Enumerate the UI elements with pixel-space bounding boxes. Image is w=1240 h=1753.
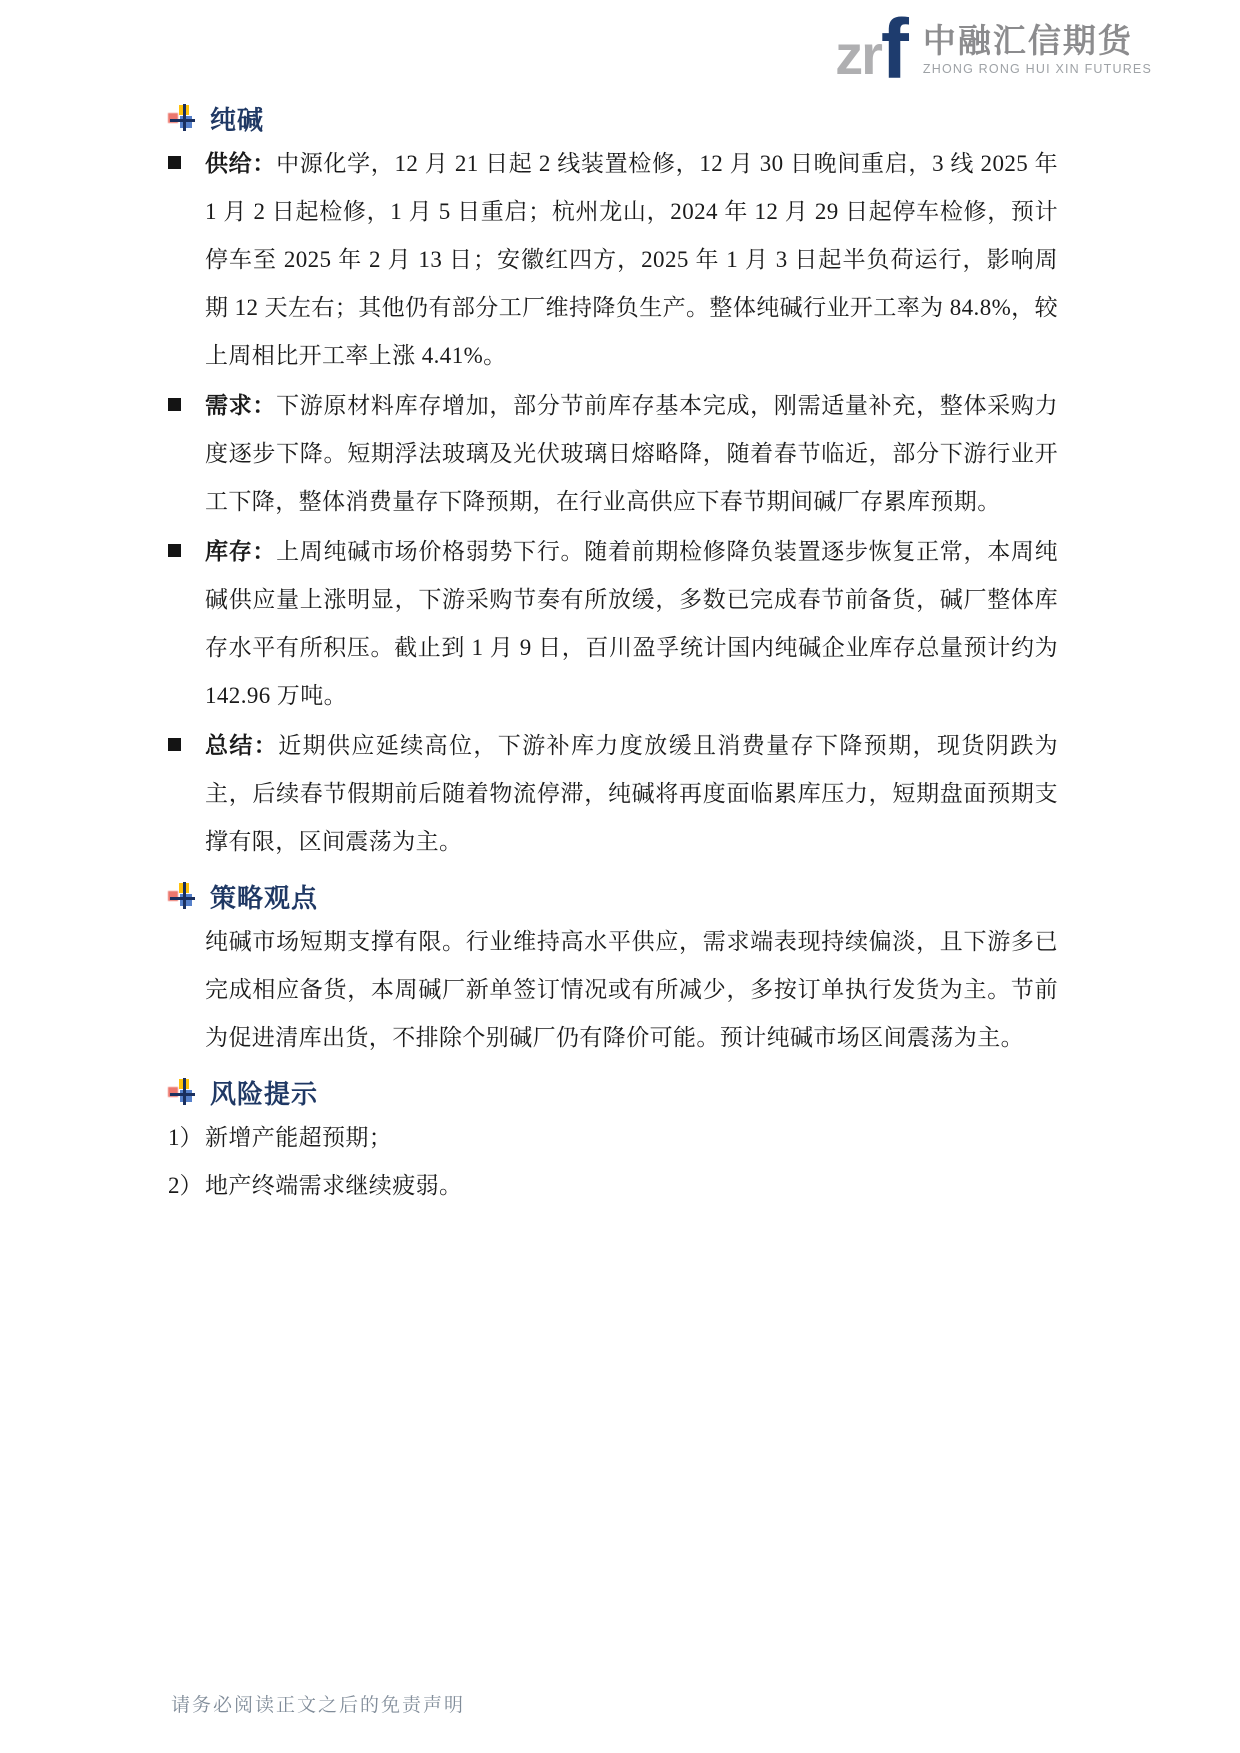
square-bullet-icon: [168, 722, 205, 866]
logo-text-block: 中融汇信期货 ZHONG RONG HUI XIN FUTURES: [923, 23, 1152, 76]
section-title: 纯碱: [210, 100, 264, 137]
risk-number: 2）: [168, 1162, 205, 1210]
bullet-cross-vertical: [183, 104, 186, 131]
section-title: 策略观点: [210, 878, 318, 915]
logo-letters-zr: zr: [835, 30, 881, 80]
bullet-cross-horizontal: [170, 119, 195, 122]
risk-text: 地产终端需求继续疲弱。: [205, 1162, 1058, 1210]
risk-item-1: 1） 新增产能超预期；: [168, 1114, 1058, 1162]
supply-item: 供给：中源化学，12 月 21 日起 2 线装置检修，12 月 30 日晚间重启…: [168, 140, 1058, 380]
report-page: zrf 中融汇信期货 ZHONG RONG HUI XIN FUTURES 纯碱…: [0, 0, 1240, 1753]
section-header-strategy: 策略观点: [168, 874, 1058, 918]
square-bullet-icon: [168, 382, 205, 526]
company-name-en: ZHONG RONG HUI XIN FUTURES: [923, 62, 1152, 76]
supply-body: 中源化学，12 月 21 日起 2 线装置检修，12 月 30 日晚间重启，3 …: [205, 151, 1058, 368]
demand-label: 需求：: [205, 393, 276, 418]
demand-text: 需求：下游原材料库存增加，部分节前库存基本完成，刚需适量补充，整体采购力度逐步下…: [205, 382, 1058, 526]
bullet-cross-horizontal: [170, 897, 195, 900]
section-header-risk: 风险提示: [168, 1070, 1058, 1114]
compass-bullet-icon: [168, 1078, 196, 1106]
report-content: 纯碱 供给：中源化学，12 月 21 日起 2 线装置检修，12 月 30 日晚…: [168, 96, 1058, 1210]
inventory-body: 上周纯碱市场价格弱势下行。随着前期检修降负装置逐步恢复正常，本周纯碱供应量上涨明…: [205, 539, 1058, 708]
inventory-item: 库存：上周纯碱市场价格弱势下行。随着前期检修降负装置逐步恢复正常，本周纯碱供应量…: [168, 528, 1058, 720]
inventory-text: 库存：上周纯碱市场价格弱势下行。随着前期检修降负装置逐步恢复正常，本周纯碱供应量…: [205, 528, 1058, 720]
strategy-paragraph: 纯碱市场短期支撑有限。行业维持高水平供应，需求端表现持续偏淡，且下游多已完成相应…: [205, 918, 1058, 1062]
risk-item-2: 2） 地产终端需求继续疲弱。: [168, 1162, 1058, 1210]
section-header-soda-ash: 纯碱: [168, 96, 1058, 140]
risk-text: 新增产能超预期；: [205, 1114, 1058, 1162]
bullet-cross-vertical: [183, 1078, 186, 1105]
supply-label: 供给：: [205, 151, 276, 176]
bullet-blue-square: [180, 894, 192, 906]
footer-disclaimer: 请务必阅读正文之后的免责声明: [171, 1690, 465, 1717]
summary-item: 总结：近期供应延续高位，下游补库力度放缓且消费量存下降预期，现货阴跌为主，后续春…: [168, 722, 1058, 866]
compass-bullet-icon: [168, 882, 196, 910]
logo-letter-f: f: [881, 18, 907, 80]
square-bullet-icon: [168, 528, 205, 720]
inventory-label: 库存：: [205, 539, 276, 564]
square-bullet-icon: [168, 140, 205, 380]
section-title: 风险提示: [210, 1074, 318, 1111]
bullet-blue-square: [180, 116, 192, 128]
bullet-blue-square: [180, 1090, 192, 1102]
company-name-cn: 中融汇信期货: [923, 23, 1133, 59]
bullet-cross-vertical: [183, 882, 186, 909]
bullet-cross-horizontal: [170, 1093, 195, 1096]
demand-body: 下游原材料库存增加，部分节前库存基本完成，刚需适量补充，整体采购力度逐步下降。短…: [205, 393, 1058, 514]
compass-bullet-icon: [168, 104, 196, 132]
summary-label: 总结：: [205, 733, 278, 758]
risk-number: 1）: [168, 1114, 205, 1162]
summary-body: 近期供应延续高位，下游补库力度放缓且消费量存下降预期，现货阴跌为主，后续春节假期…: [205, 733, 1058, 854]
summary-text: 总结：近期供应延续高位，下游补库力度放缓且消费量存下降预期，现货阴跌为主，后续春…: [205, 722, 1058, 866]
demand-item: 需求：下游原材料库存增加，部分节前库存基本完成，刚需适量补充，整体采购力度逐步下…: [168, 382, 1058, 526]
supply-text: 供给：中源化学，12 月 21 日起 2 线装置检修，12 月 30 日晚间重启…: [205, 140, 1058, 380]
company-logo: zrf 中融汇信期货 ZHONG RONG HUI XIN FUTURES: [835, 18, 1152, 80]
zrf-logo-icon: zrf: [835, 18, 907, 80]
